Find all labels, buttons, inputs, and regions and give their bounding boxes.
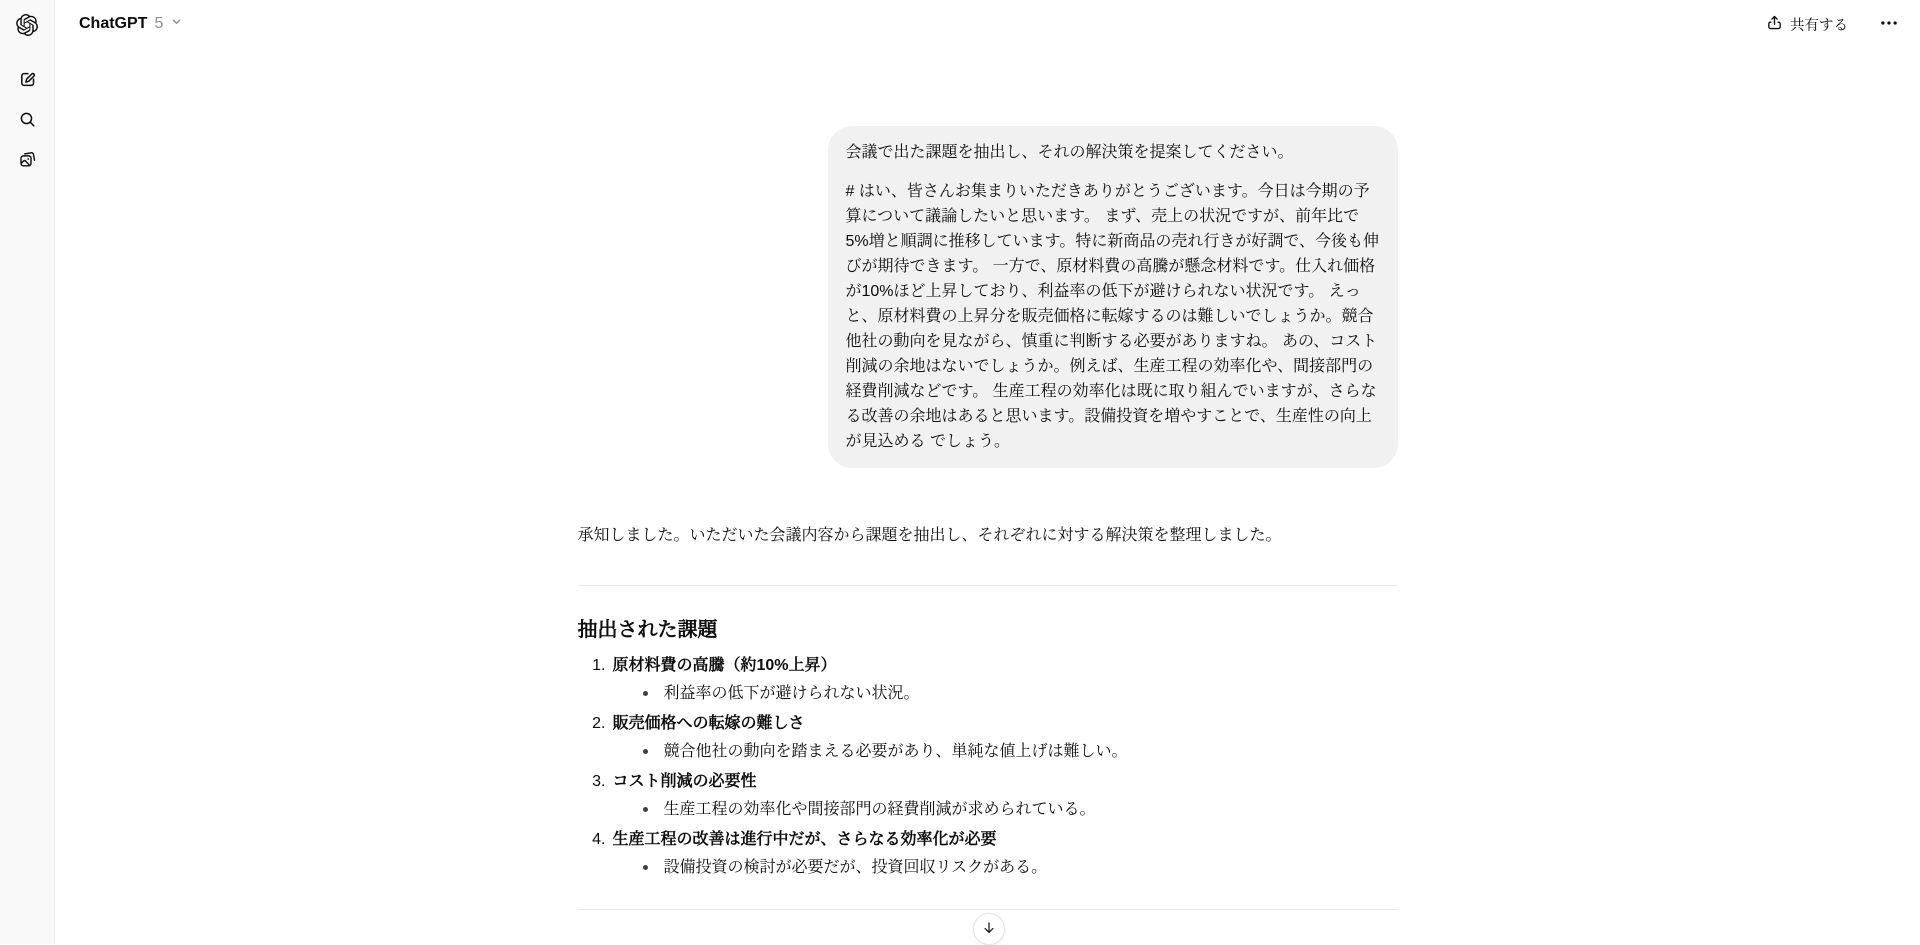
issue-detail-row: 競合他社の動向を踏まえる必要があり、単純な値上げは難しい。 [613,738,1398,766]
issue-detail: 生産工程の効率化や間接部門の経費削減が求められている。 [664,796,1096,824]
header-actions: 共有する [1756,7,1906,42]
share-button-label: 共有する [1790,14,1848,35]
share-icon [1766,14,1783,35]
user-message-paragraph: # はい、皆さんお集まりいただきありがとうございます。今日は今期の予算について議… [846,179,1380,454]
library-button[interactable] [8,140,46,178]
openai-logo-icon [16,14,38,36]
user-message-row: 会議で出た課題を抽出し、それの解決策を提案してください。 # はい、皆さんお集ま… [578,126,1398,468]
issue-title: 販売価格への転嫁の難しさ [613,710,1398,738]
list-item: 4. 生産工程の改善は進行中だが、さらなる効率化が必要 設備投資の検討が必要だが… [578,826,1398,882]
new-chat-button[interactable] [8,60,46,98]
list-item: 2. 販売価格への転嫁の難しさ 競合他社の動向を踏まえる必要があり、単純な値上げ… [578,710,1398,766]
content-column: 会議で出た課題を抽出し、それの解決策を提案してください。 # はい、皆さんお集ま… [578,126,1398,910]
assistant-intro: 承知しました。いただいた会議内容から課題を抽出し、それぞれに対する解決策を整理し… [578,522,1398,550]
section-divider [578,909,1398,910]
issue-detail: 競合他社の動向を踏まえる必要があり、単純な値上げは難しい。 [664,738,1128,766]
issue-detail: 設備投資の検討が必要だが、投資回収リスクがある。 [664,854,1048,882]
issue-title: コスト削減の必要性 [613,768,1398,796]
model-version: 5 [154,15,163,33]
bullet-icon [643,691,648,696]
conversation-header: ChatGPT 5 共有する [55,0,1920,48]
bullet-icon [643,749,648,754]
bullet-icon [643,807,648,812]
list-item-number: 3. [578,768,613,824]
app-title: ChatGPT [79,15,147,33]
assistant-message: 承知しました。いただいた会議内容から課題を抽出し、それぞれに対する解決策を整理し… [578,522,1398,910]
issue-detail: 利益率の低下が避けられない状況。 [664,680,920,708]
chevron-down-icon [170,15,183,33]
search-icon [18,110,37,129]
sidebar [0,0,55,944]
openai-logo-button[interactable] [8,6,46,44]
arrow-down-icon [981,920,997,939]
new-chat-icon [18,70,37,89]
list-item: 1. 原材料費の高騰（約10%上昇） 利益率の低下が避けられない状況。 [578,652,1398,708]
ellipsis-icon [1880,14,1898,35]
scroll-to-bottom-button[interactable] [973,913,1005,944]
bullet-icon [643,865,648,870]
sidebar-nav [8,60,46,178]
list-item-number: 4. [578,826,613,882]
model-switcher[interactable]: ChatGPT 5 [71,9,191,39]
issue-detail-row: 設備投資の検討が必要だが、投資回収リスクがある。 [613,854,1398,882]
list-item: 3. コスト削減の必要性 生産工程の効率化や間接部門の経費削減が求められている。 [578,768,1398,824]
list-item-number: 2. [578,710,613,766]
section-heading: 抽出された課題 [578,616,1398,644]
share-button[interactable]: 共有する [1756,7,1858,42]
issue-title: 生産工程の改善は進行中だが、さらなる効率化が必要 [613,826,1398,854]
conversation-options-button[interactable] [1872,7,1906,41]
library-icon [18,150,37,169]
issue-detail-row: 利益率の低下が避けられない状況。 [613,680,1398,708]
issue-title: 原材料費の高騰（約10%上昇） [613,652,1398,680]
conversation-thread: 会議で出た課題を抽出し、それの解決策を提案してください。 # はい、皆さんお集ま… [55,48,1920,944]
issues-list: 1. 原材料費の高騰（約10%上昇） 利益率の低下が避けられない状況。 2. 販… [578,652,1398,882]
issue-detail-row: 生産工程の効率化や間接部門の経費削減が求められている。 [613,796,1398,824]
search-chats-button[interactable] [8,100,46,138]
list-item-number: 1. [578,652,613,708]
section-divider [578,585,1398,586]
user-message-paragraph: 会議で出た課題を抽出し、それの解決策を提案してください。 [846,140,1380,165]
user-message-bubble: 会議で出た課題を抽出し、それの解決策を提案してください。 # はい、皆さんお集ま… [828,126,1398,468]
